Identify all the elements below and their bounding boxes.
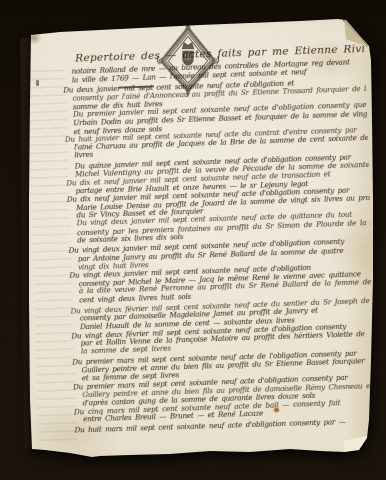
photo-background: Repertoire des — actes faits par me Etie… (0, 0, 386, 480)
margin-mark (36, 80, 39, 86)
handwritten-text: Repertoire des — actes faits par me Etie… (62, 44, 378, 452)
paper-shadow: Repertoire des — actes faits par me Etie… (0, 0, 386, 480)
manuscript-page: Repertoire des — actes faits par me Etie… (0, 0, 386, 480)
rust-spot (274, 408, 279, 412)
fiscal-tax-stamp-icon (155, 25, 221, 97)
